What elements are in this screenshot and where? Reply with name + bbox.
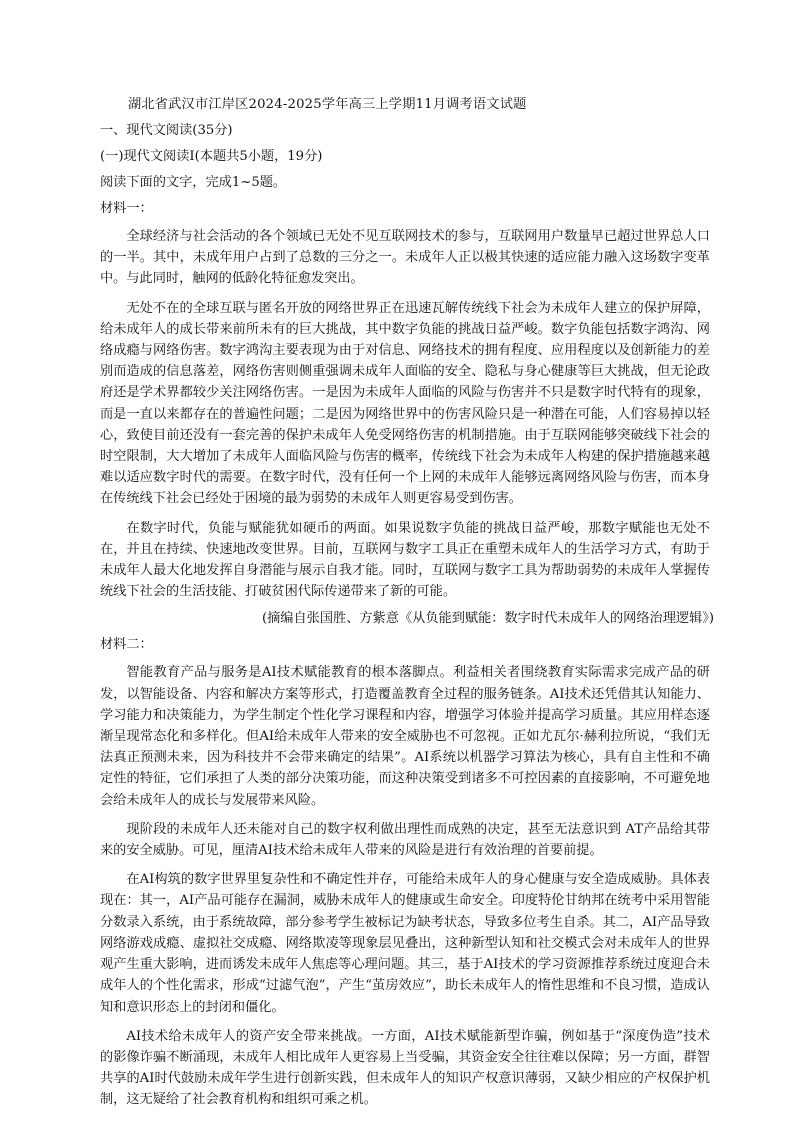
document-title: 湖北省武汉市江岸区2024-2025学年高三上学期11月调考语文试题 (128, 94, 710, 116)
reading-instruction: 阅读下面的文字，完成1~5题。 (100, 172, 710, 194)
exam-page: 湖北省武汉市江岸区2024-2025学年高三上学期11月调考语文试题 一、现代文… (100, 94, 710, 1111)
material-2-label: 材料二： (100, 634, 710, 656)
material-1-source: (摘编自张国胜、方紫意《从负能到赋能：数字时代未成年人的网络治理逻辑》) (100, 608, 714, 630)
section-heading: 一、现代文阅读(35分) (100, 120, 710, 142)
material-2-paragraph: 在AI构筑的数字世界里复杂性和不确定性并存，可能给未成年人的身心健康与安全造成威… (100, 869, 710, 1017)
subsection-heading: (一)现代文阅读Ⅰ(本题共5小题，19分) (100, 146, 710, 168)
material-2-paragraph: AI技术给未成年人的资产安全带来挑战。一方面，AI技术赋能新型诈骗，例如基于“深… (100, 1026, 710, 1111)
material-2-paragraph: 现阶段的未成年人还未能对自己的数字权利做出理性而成熟的决定，甚至无法意识到 AT… (100, 819, 710, 861)
material-1-paragraph: 在数字时代，负能与赋能犹如硬币的两面。如果说数字负能的挑战日益严峻，那数字赋能也… (100, 518, 710, 603)
material-1-label: 材料一： (100, 198, 710, 220)
material-1-paragraph: 无处不在的全球互联与匿名开放的网络世界正在迅速瓦解传统线下社会为未成年人建立的保… (100, 298, 710, 510)
material-1-paragraph: 全球经济与社会活动的各个领域已无处不见互联网技术的参与，互联网用户数量早已超过世… (100, 226, 710, 290)
material-2-paragraph: 智能教育产品与服务是AI技术赋能教育的根本落脚点。利益相关者围绕教育实际需求完成… (100, 662, 710, 810)
